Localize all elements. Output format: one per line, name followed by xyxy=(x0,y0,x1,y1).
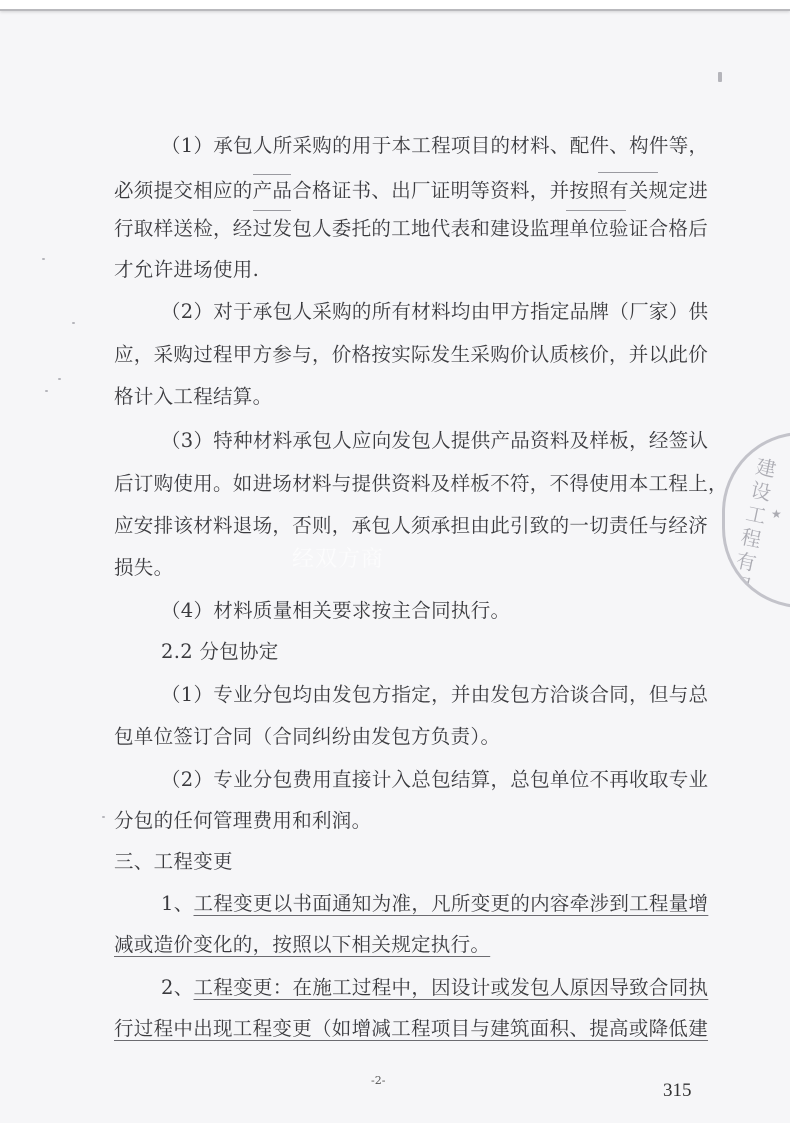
paragraph-3-line-1: （3）特种材料承包人应向发包人提供产品资料及样板，经签认 xyxy=(161,427,662,455)
paragraph-6-line-2: 分包的任何管理费用和利润。 xyxy=(114,807,662,835)
paragraph-1-line-4: 才允许进场使用. xyxy=(114,256,662,284)
paragraph-6-line-1: （2）专业分包费用直接计入总包结算，总包单位不再收取专业 xyxy=(161,766,662,794)
underlined-text: 工程变更以书面通知为准，凡所变更的内容牵涉到工程量增 xyxy=(194,890,709,918)
paragraph-7-line-2: 减或造价变化的，按照以下相关规定执行。 xyxy=(114,931,662,959)
paragraph-7-line-1: 1、 工程变更以书面通知为准，凡所变更的内容牵涉到工程量增 xyxy=(161,890,662,918)
scan-speck xyxy=(102,816,105,818)
paragraph-3-line-3: 应安排该材料退场，否则，承包人须承担由此引致的一切责任与经济 xyxy=(114,512,662,540)
pen-mark xyxy=(598,172,658,173)
company-seal-stamp: 建设工程有限公 ★ xyxy=(722,432,790,608)
document-page: （1）承包人所采购的用于本工程项目的材料、配件、构件等， 必须提交相应的产品合格… xyxy=(0,0,790,1123)
bleed-through-text: 经双方商 xyxy=(292,542,384,573)
paragraph-5-line-1: （1）专业分包均由发包方指定，并由发包方洽谈合同，但与总 xyxy=(161,681,662,709)
page-number: -2- xyxy=(371,1074,385,1087)
paragraph-2-line-3: 格计入工程结算。 xyxy=(114,383,662,411)
paragraph-2-line-2: 应，采购过程甲方参与，价格按实际发生采购价认质核价，并以此价 xyxy=(114,341,662,369)
paragraph-8-line-1: 2、 工程变更：在施工过程中，因设计或发包人原因导致合同执 xyxy=(161,974,662,1002)
pen-mark xyxy=(253,210,291,211)
paragraph-1-line-3: 行取样送检，经过发包人委托的工地代表和建设监理单位验证合格后 xyxy=(114,215,662,243)
paragraph-3-line-4: 损失。 xyxy=(114,554,662,582)
scan-speck xyxy=(718,72,722,82)
paragraph-5-line-2: 包单位签订合同（合同纠纷由发包方负责）。 xyxy=(114,723,662,751)
pen-mark xyxy=(253,174,291,175)
paragraph-1-line-1: （1）承包人所采购的用于本工程项目的材料、配件、构件等， xyxy=(161,132,662,160)
scan-speck xyxy=(42,258,45,260)
scan-speck xyxy=(45,390,48,392)
scan-speck xyxy=(58,378,61,380)
list-prefix: 2、 xyxy=(161,974,194,1002)
star-icon: ★ xyxy=(771,507,782,521)
archive-number: 315 xyxy=(663,1080,692,1102)
scan-speck xyxy=(72,322,75,324)
section-heading-2-2: 2.2 分包协定 xyxy=(161,638,662,666)
underlined-text: 工程变更：在施工过程中，因设计或发包人原因导致合同执 xyxy=(194,974,709,1002)
stamp-text: 建设工程有限公 xyxy=(724,454,784,608)
pen-mark xyxy=(566,210,626,211)
paragraph-1-line-2: 必须提交相应的产品合格证书、出厂证明等资料，并按照有关规定进 xyxy=(114,177,662,205)
paragraph-3-line-2: 后订购使用。如进场材料与提供资料及样板不符，不得使用本工程上， xyxy=(114,470,662,498)
section-heading-3: 三、工程变更 xyxy=(114,848,662,876)
paragraph-2-line-1: （2）对于承包人采购的所有材料均由甲方指定品牌（厂家）供 xyxy=(161,298,662,326)
list-prefix: 1、 xyxy=(161,890,194,918)
underlined-text: 减或造价变化的，按照以下相关规定执行。 xyxy=(114,933,490,956)
paragraph-8-line-2: 行过程中出现工程变更（如增减工程项目与建筑面积、提高或降低建 xyxy=(114,1015,662,1043)
underlined-text: 行过程中出现工程变更（如增减工程项目与建筑面积、提高或降低建 xyxy=(114,1017,708,1040)
paragraph-4-line-1: （4）材料质量相关要求按主合同执行。 xyxy=(161,597,662,625)
